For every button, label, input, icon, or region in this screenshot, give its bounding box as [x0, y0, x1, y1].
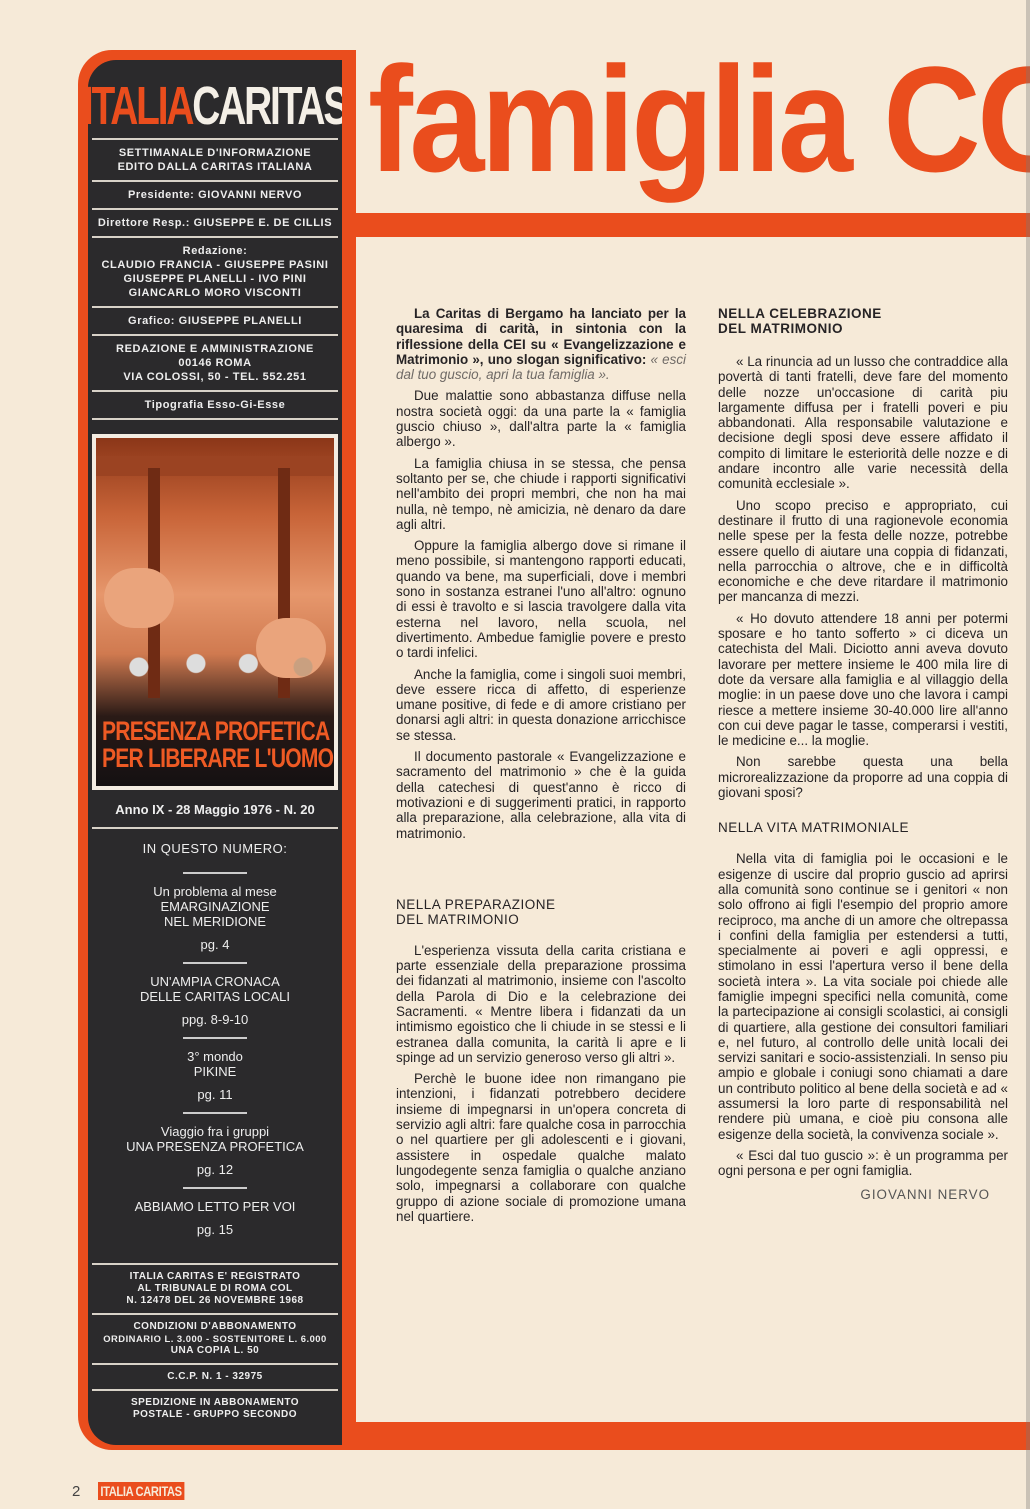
- paragraph: Perchè le buone idee non rimangano pie i…: [396, 1071, 686, 1224]
- divider: [92, 1313, 338, 1315]
- publication-subtitle: SETTIMANALE D'INFORMAZIONE EDITO DALLA C…: [88, 142, 342, 178]
- footer-masthead: ITALIA CARITAS: [98, 1482, 184, 1500]
- divider: [92, 208, 338, 210]
- printer: Tipografia Esso-Gi-Esse: [88, 394, 342, 416]
- registration-info: ITALIA CARITAS E' REGISTRATO AL TRIBUNAL…: [88, 1267, 342, 1311]
- graphic-designer: Grafico: GIUSEPPE PLANELLI: [88, 310, 342, 332]
- paragraph: Nella vita di famiglia poi le occasioni …: [718, 851, 1008, 1142]
- divider: [92, 1363, 338, 1365]
- masthead-logo: ITALIACARITAS: [124, 60, 307, 136]
- toc-heading: IN QUESTO NUMERO:: [88, 831, 342, 864]
- page-number: 2: [72, 1483, 80, 1500]
- editorial-staff: Redazione: CLAUDIO FRANCIA - GIUSEPPE PA…: [88, 240, 342, 304]
- divider: [92, 1263, 338, 1265]
- masthead-italia: ITALIA: [88, 76, 192, 136]
- issue-date: Anno IX - 28 Maggio 1976 - N. 20: [88, 790, 342, 825]
- paragraph: « Esci dal tuo guscio »: è un programma …: [718, 1148, 1008, 1179]
- toc-item[interactable]: Viaggio fra i gruppi UNA PRESENZA PROFET…: [88, 1122, 342, 1179]
- paragraph: La Caritas di Bergamo ha lanciato per la…: [396, 306, 686, 382]
- cover-image: PRESENZA PROFETICA PER LIBERARE L'UOMO: [92, 434, 338, 790]
- cover-title: PRESENZA PROFETICA PER LIBERARE L'UOMO: [102, 718, 278, 772]
- section-heading: NELLA CELEBRAZIONE DEL MATRIMONIO: [718, 306, 1008, 336]
- paragraph: L'esperienza vissuta della carita cristi…: [396, 943, 686, 1065]
- divider: [92, 390, 338, 392]
- paragraph: Il documento pastorale « Evangelizzazion…: [396, 749, 686, 841]
- prison-bars-photo: PRESENZA PROFETICA PER LIBERARE L'UOMO: [96, 438, 334, 786]
- toc-item[interactable]: ABBIAMO LETTO PER VOI pg. 15: [88, 1197, 342, 1239]
- divider: [92, 1389, 338, 1391]
- page-footer: 2 ITALIA CARITAS: [72, 1482, 206, 1500]
- toc-item[interactable]: Un problema al mese EMARGINAZIONE NEL ME…: [88, 882, 342, 954]
- paragraph: Anche la famiglia, come i singoli suoi m…: [396, 667, 686, 743]
- section-heading: NELLA VITA MATRIMONIALE: [718, 820, 1008, 835]
- headline: famiglia CO: [368, 44, 1030, 214]
- paragraph: « La rinuncia ad un lusso che contraddic…: [718, 354, 1008, 492]
- divider: [92, 418, 338, 420]
- president: Presidente: GIOVANNI NERVO: [88, 184, 342, 206]
- shipping-info: SPEDIZIONE IN ABBONAMENTO POSTALE - GRUP…: [88, 1393, 342, 1425]
- paragraph: Due malattie sono abbastanza diffuse nel…: [396, 388, 686, 449]
- masthead-sidebar: ITALIACARITAS SETTIMANALE D'INFORMAZIONE…: [88, 60, 342, 1445]
- page-edge: [1026, 0, 1030, 1509]
- divider: [92, 334, 338, 336]
- divider: [92, 180, 338, 182]
- divider: [92, 306, 338, 308]
- director: Direttore Resp.: GIUSEPPE E. DE CILLIS: [88, 212, 342, 234]
- paragraph: Non sarebbe questa una bella microrealiz…: [718, 754, 1008, 800]
- ccp-info: C.C.P. N. 1 - 32975: [88, 1367, 342, 1387]
- paragraph: Uno scopo preciso e appropriato, cui des…: [718, 498, 1008, 605]
- article-column-1: La Caritas di Bergamo ha lanciato per la…: [396, 306, 686, 1230]
- subscription-info: CONDIZIONI D'ABBONAMENTO ORDINARIO L. 3.…: [88, 1317, 342, 1361]
- hand-icon: [104, 568, 174, 628]
- author-signature: GIOVANNI NERVO: [718, 1187, 1008, 1202]
- paragraph: La famiglia chiusa in se stessa, che pen…: [396, 456, 686, 532]
- section-heading: NELLA PREPARAZIONE DEL MATRIMONIO: [396, 897, 686, 927]
- address: REDAZIONE E AMMINISTRAZIONE 00146 ROMA V…: [88, 338, 342, 388]
- paragraph: « Ho dovuto attendere 18 anni per poterm…: [718, 611, 1008, 749]
- people-photo: [96, 646, 334, 716]
- paragraph: Oppure la famiglia albergo dove si riman…: [396, 538, 686, 660]
- masthead-caritas: CARITAS: [192, 76, 342, 136]
- toc-item[interactable]: 3° mondo PIKINE pg. 11: [88, 1047, 342, 1104]
- divider: [92, 827, 338, 829]
- article-column-2: NELLA CELEBRAZIONE DEL MATRIMONIO « La r…: [718, 306, 1008, 1202]
- toc-item[interactable]: UN'AMPIA CRONACA DELLE CARITAS LOCALI pp…: [88, 972, 342, 1029]
- divider: [92, 138, 338, 140]
- divider: [92, 236, 338, 238]
